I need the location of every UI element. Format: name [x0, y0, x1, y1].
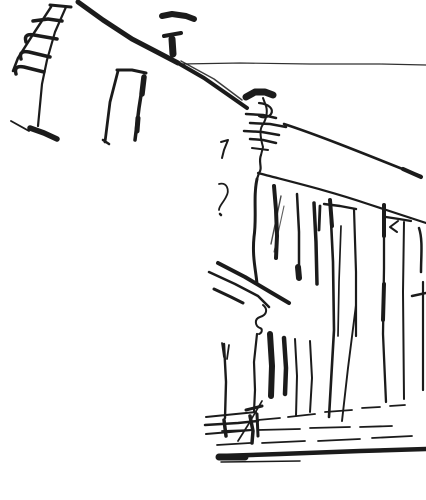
ladder-top-cap [50, 5, 71, 7]
roof-slope-double [181, 61, 242, 100]
post-b [297, 194, 299, 266]
post-mid-thin [338, 226, 341, 336]
ground-dash-3 [217, 436, 412, 445]
ladder-rung-4 [15, 67, 44, 74]
tick-mark-7 [221, 140, 228, 158]
window-head [117, 70, 146, 73]
corner-upper-squiggle [257, 155, 261, 179]
ladder-rung-3 [20, 52, 50, 59]
horizon-line [181, 63, 426, 65]
window-left-jamb [105, 71, 118, 142]
eaves-upper-end-thick [403, 169, 421, 177]
corner-foot-2 [257, 414, 258, 436]
ground-dash-1 [258, 405, 405, 420]
lower-post-left-foot [224, 420, 226, 436]
post-e-diag [342, 305, 356, 421]
corner-post-lower [254, 334, 257, 412]
ladder-foot-blob [30, 128, 57, 139]
corbel-drop-squiggle [260, 98, 266, 155]
corbel-band-4 [250, 139, 276, 143]
post-d-long [329, 200, 334, 417]
eaves-upper [284, 124, 421, 176]
window-left-foot [103, 140, 109, 144]
ladder-rail-right [38, 7, 66, 126]
corner-post-upper [253, 179, 257, 284]
ground-base-thick [219, 449, 426, 456]
roof-slope-lower [178, 63, 247, 108]
corner-curl [256, 305, 266, 334]
ladder-rail-left [13, 7, 51, 71]
lower-line-2 [310, 341, 312, 412]
arrow-flick [390, 221, 398, 232]
lower-line-1 [295, 339, 297, 416]
window-right-blob-top [142, 77, 144, 94]
post-g [403, 222, 404, 399]
ladder-rung-1 [33, 19, 62, 21]
post-f-dark-2 [383, 284, 384, 320]
sketch-page [0, 0, 426, 500]
roof-slope-upper [78, 2, 178, 63]
post-c [314, 203, 317, 284]
squiggle-mark [219, 184, 228, 210]
chimney-cap-blob [246, 92, 273, 97]
window-right-blob-mid [137, 118, 138, 131]
post-b-foot [298, 267, 299, 278]
post-c-double [319, 206, 320, 230]
sketch-canvas [0, 0, 426, 500]
ground-base-echo [221, 461, 300, 462]
chimney-small-body [172, 39, 173, 54]
dark-bar-2 [284, 338, 286, 394]
top-dash-blob [162, 14, 194, 19]
rail-diag-3 [214, 289, 243, 303]
dark-bar-1 [270, 334, 272, 396]
corbel-band-5 [252, 148, 268, 150]
eaves-lower [258, 173, 426, 223]
corbel-band-2 [250, 123, 286, 127]
ladder-foot-tick [11, 121, 29, 131]
dot-mark [220, 214, 221, 215]
post-h-curve [419, 228, 422, 272]
